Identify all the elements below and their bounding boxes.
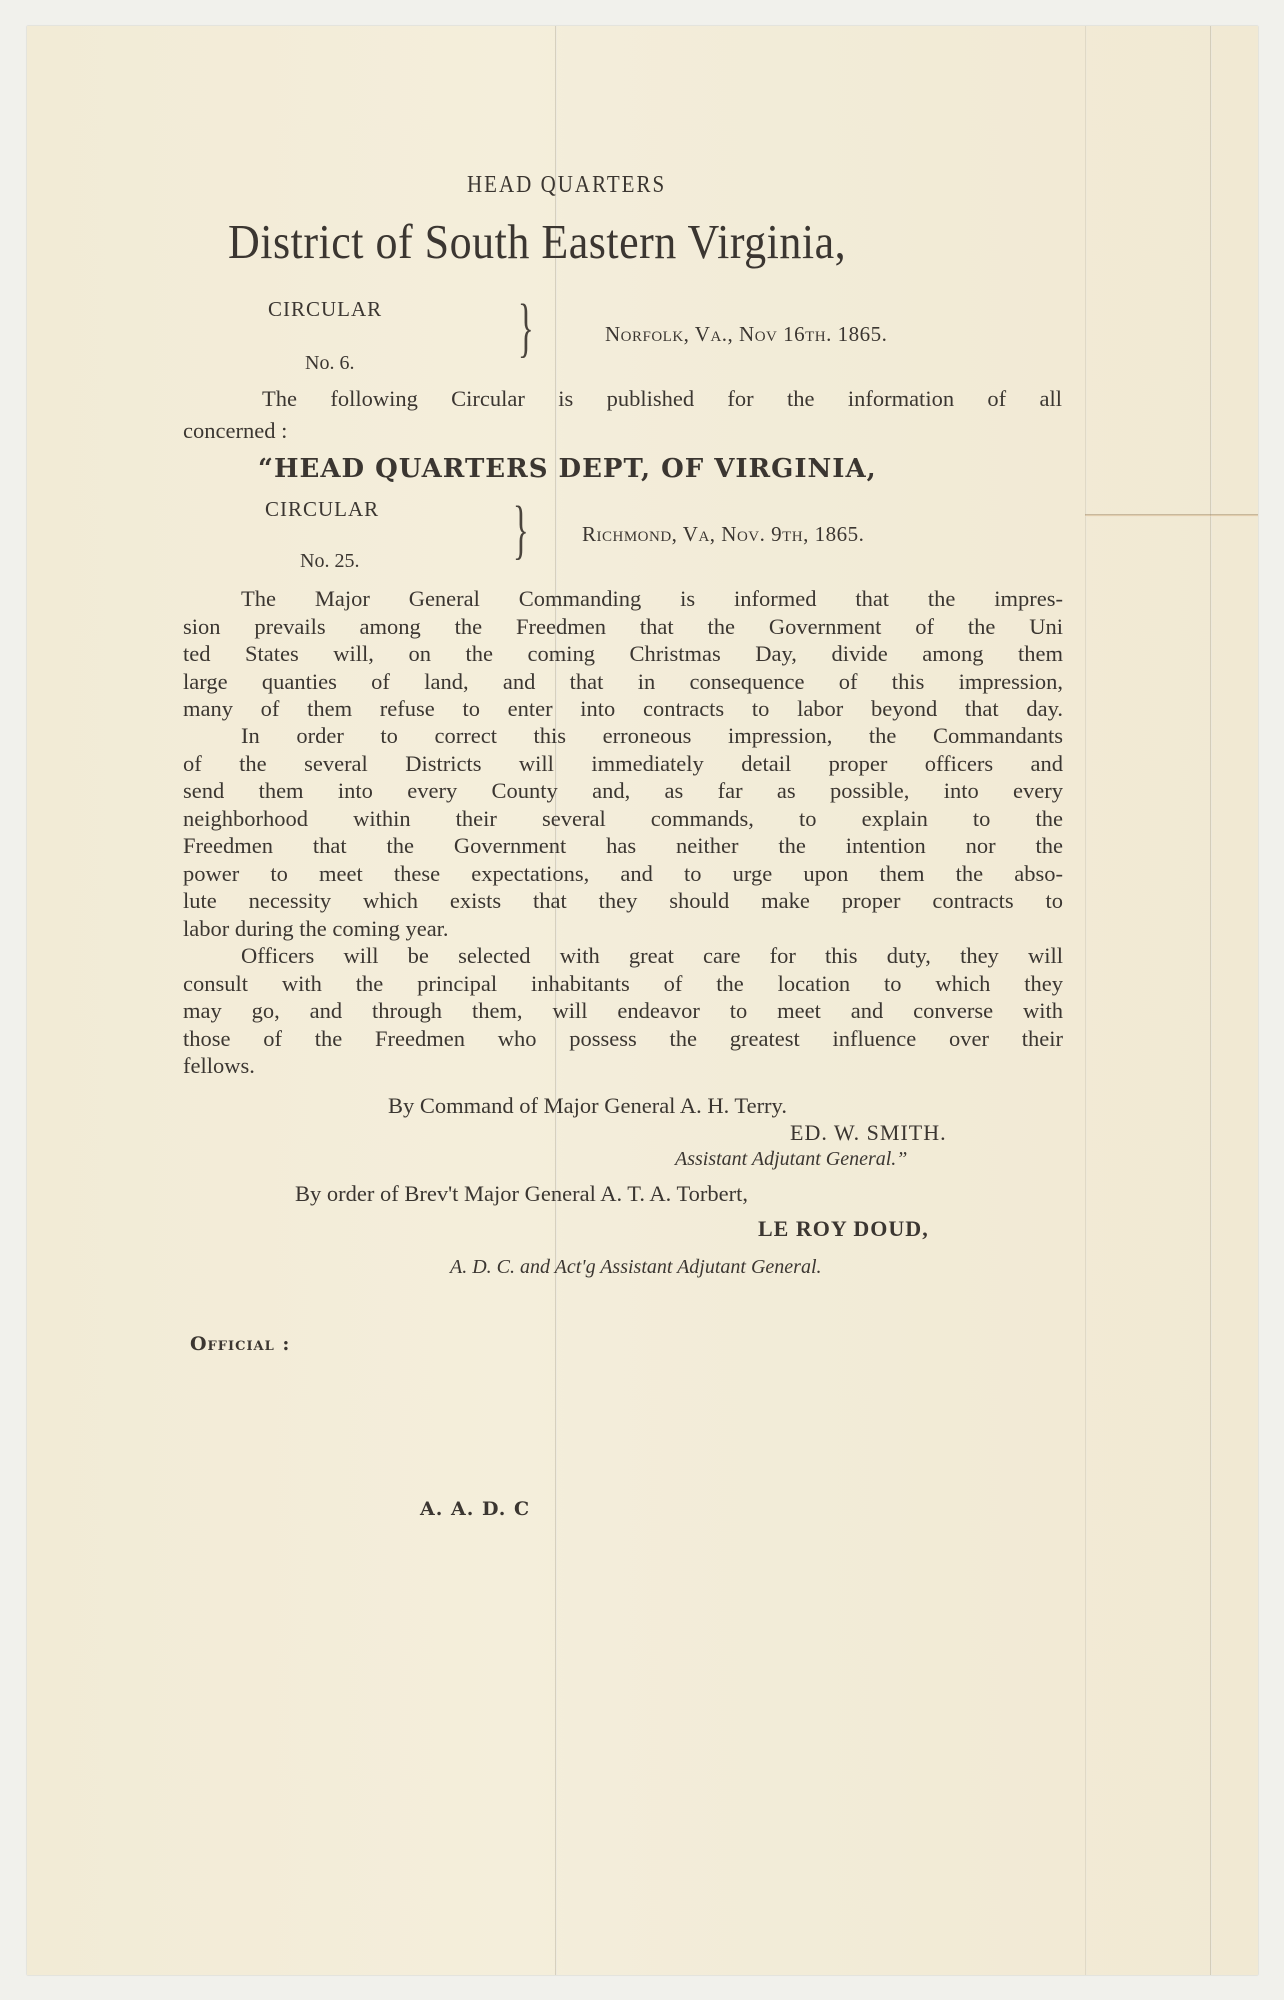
paragraph-3: Officers will be selected with great car… bbox=[183, 942, 1063, 1080]
richmond-date: Richmond, Va, Nov. 9th, 1865. bbox=[582, 522, 864, 547]
by-command-line: By Command of Major General A. H. Terry. bbox=[388, 1093, 787, 1119]
vertical-fold-right bbox=[1085, 26, 1087, 1975]
signer-2-name: LE ROY DOUD, bbox=[758, 1216, 929, 1242]
official-signer: A. A. D. C bbox=[420, 1498, 530, 1520]
circular-label: CIRCULAR bbox=[268, 297, 382, 322]
quoted-heading: “HEAD QUARTERS DEPT, OF VIRGINIA, bbox=[258, 454, 877, 484]
paragraph-1: The Major General Commanding is informed… bbox=[183, 585, 1063, 723]
by-order-line: By order of Brev't Major General A. T. A… bbox=[295, 1181, 748, 1207]
signer-2-title: A. D. C. and Act'g Assistant Adjutant Ge… bbox=[450, 1256, 822, 1279]
intro-line-2: concerned : bbox=[183, 418, 287, 444]
signer-1-name: ED. W. SMITH. bbox=[790, 1120, 947, 1146]
brace-glyph: } bbox=[513, 492, 529, 568]
paragraph-2: In order to correct this erroneous impre… bbox=[183, 722, 1063, 942]
horizontal-fold bbox=[1085, 514, 1258, 517]
head-quarters-title: HEAD QUARTERS bbox=[467, 170, 666, 199]
vertical-fold-edge bbox=[1210, 26, 1212, 1975]
intro-line-1: The following Circular is published for … bbox=[262, 386, 1062, 412]
quoted-circular-label: CIRCULAR bbox=[265, 497, 379, 522]
signer-1-title: Assistant Adjutant General.” bbox=[675, 1148, 907, 1171]
brace-glyph: } bbox=[518, 290, 534, 366]
quoted-circular-number: No. 25. bbox=[300, 550, 359, 573]
district-title: District of South Eastern Virginia, bbox=[228, 214, 846, 270]
circular-number: No. 6. bbox=[305, 352, 354, 375]
norfolk-date: Norfolk, Va., Nov 16th. 1865. bbox=[605, 322, 887, 347]
official-label: Official : bbox=[190, 1333, 290, 1355]
